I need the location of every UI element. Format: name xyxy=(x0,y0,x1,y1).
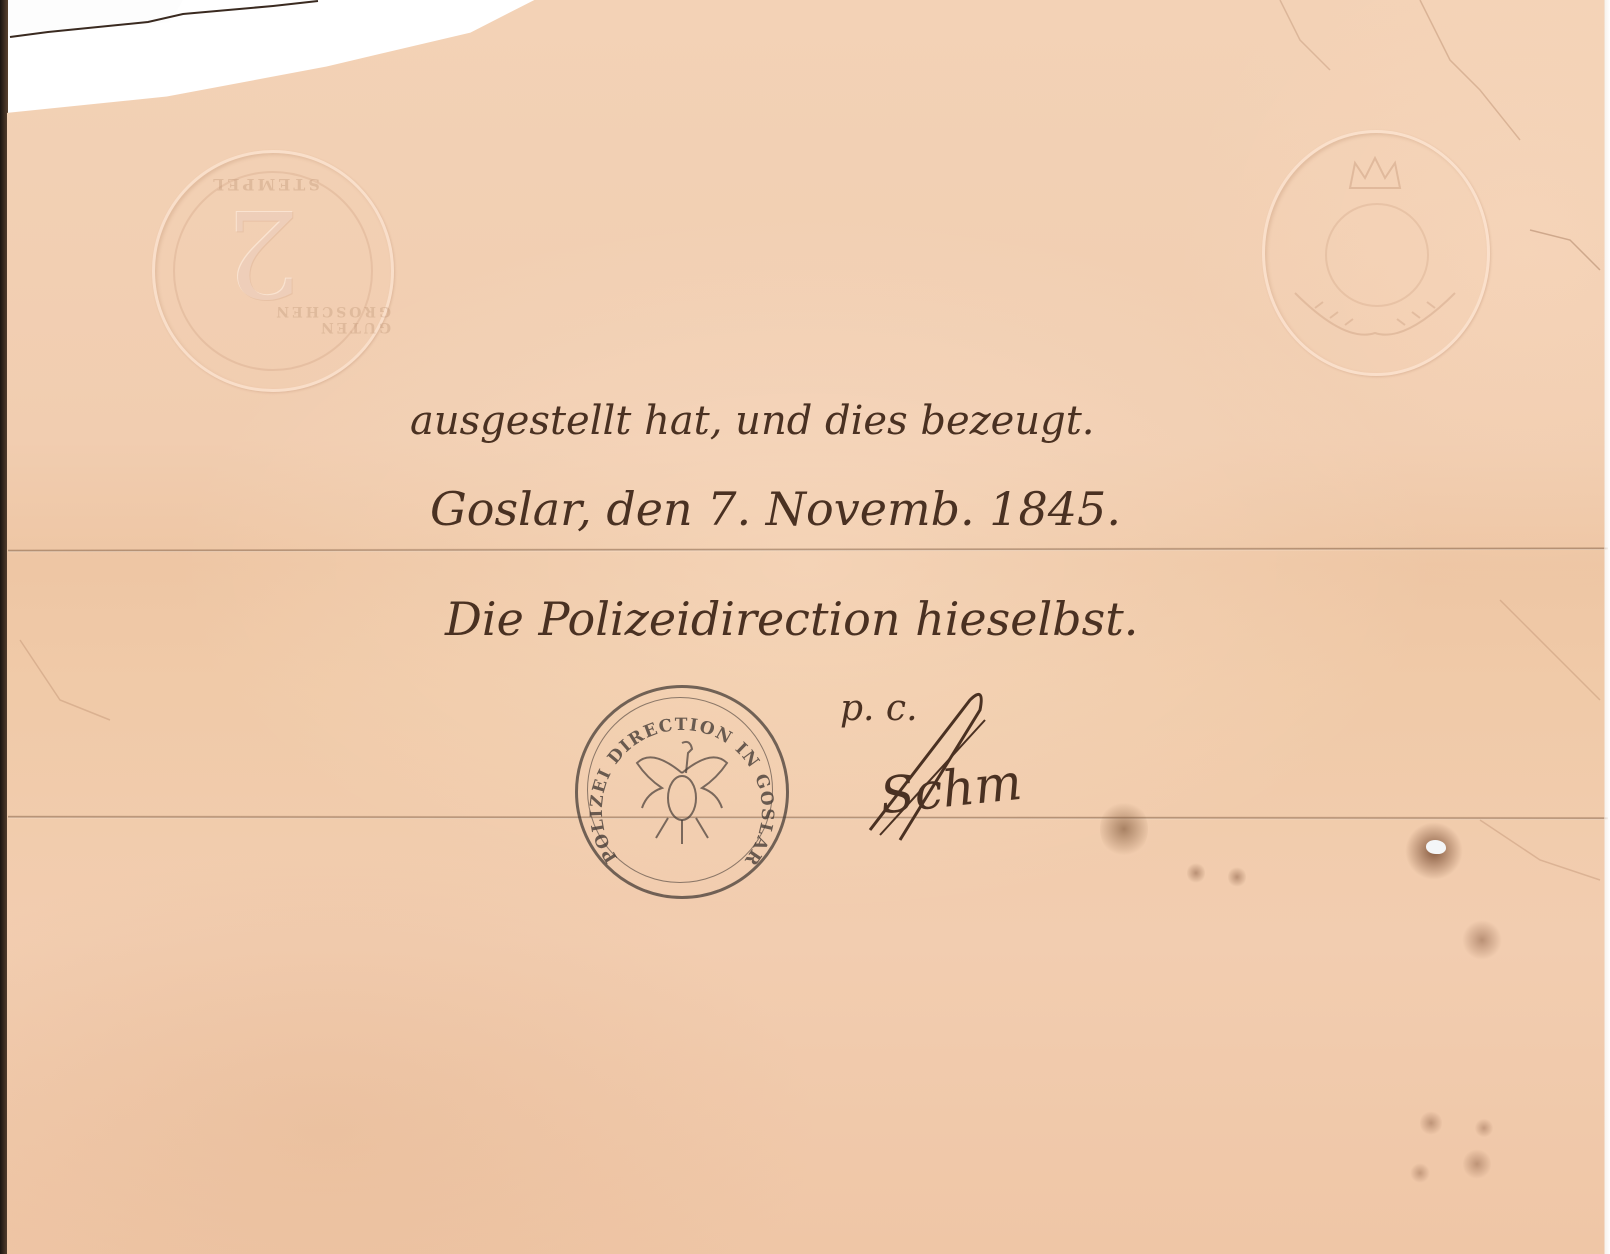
crown-icon xyxy=(1345,153,1405,193)
svg-text:POLIZEI DIRECTION IN GOSLAR: POLIZEI DIRECTION IN GOSLAR xyxy=(587,715,777,870)
eagle-icon xyxy=(637,742,727,844)
signature-flourish xyxy=(860,690,1040,850)
laurel-wreath-icon xyxy=(1285,283,1465,343)
paper-hole xyxy=(1426,840,1446,854)
embossed-seal-right xyxy=(1262,130,1490,376)
police-ink-stamp: POLIZEI DIRECTION IN GOSLAR xyxy=(575,685,789,899)
handwriting-line-3: Die Polizeidirection hieselbst. xyxy=(445,592,1138,646)
stain-spot xyxy=(1462,920,1502,960)
handwriting-line-1: ausgestellt hat, und dies bezeugt. xyxy=(410,398,1095,444)
stain-spot xyxy=(1100,800,1148,858)
handwriting-place-date: Goslar, den 7. Novemb. 1845. xyxy=(430,482,1121,536)
embossed-seal-left: 2 STEMPEL GUTEN GROSCHEN xyxy=(152,150,394,392)
stamp-text: POLIZEI DIRECTION IN GOSLAR xyxy=(587,715,777,870)
embossed-text-top: STEMPEL xyxy=(210,175,320,194)
embossed-text-bottom: GUTEN GROSCHEN xyxy=(195,303,391,335)
stain-spot xyxy=(1410,1163,1430,1183)
stain-spot xyxy=(1228,866,1246,888)
scan-border-right xyxy=(1604,0,1610,1254)
stain-spot xyxy=(1475,1118,1493,1138)
stain-spot xyxy=(1463,1148,1491,1180)
embossed-numeral: 2 xyxy=(225,183,301,322)
stain-spot xyxy=(1420,1110,1442,1136)
stamp-text-ring: POLIZEI DIRECTION IN GOSLAR xyxy=(578,688,786,896)
stain-spot xyxy=(1187,862,1205,884)
